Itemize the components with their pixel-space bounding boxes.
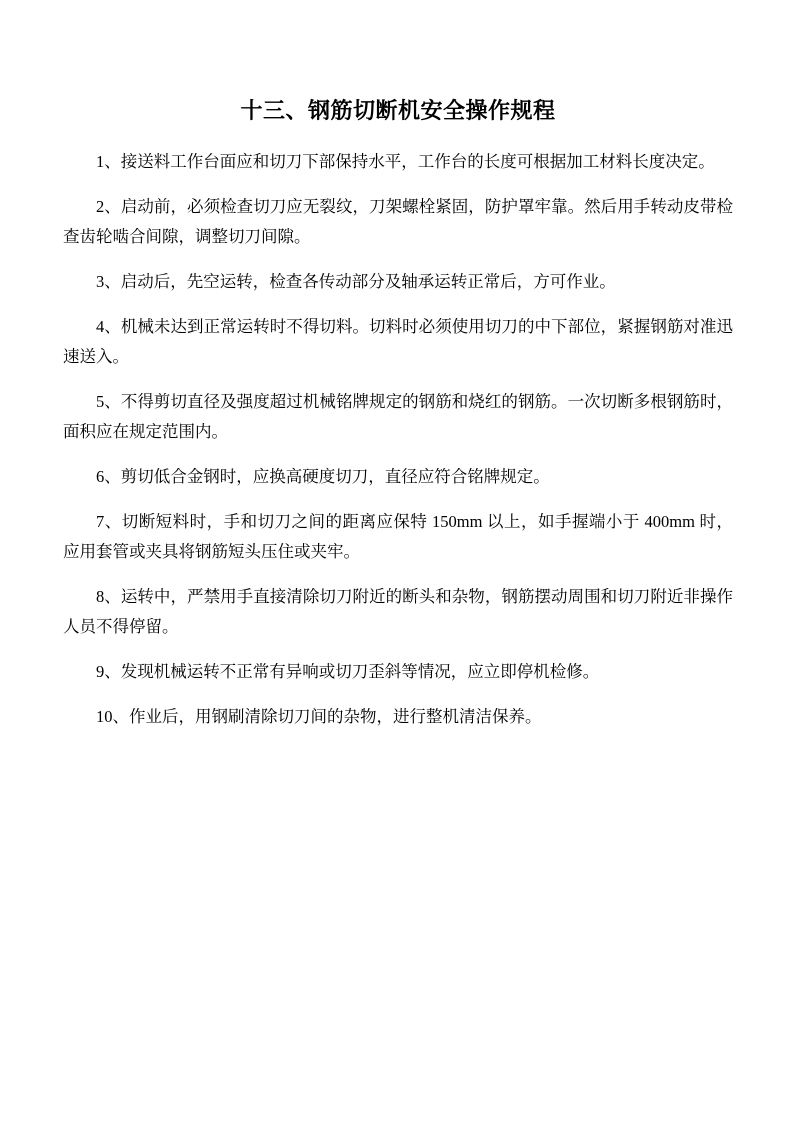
document-title: 十三、钢筋切断机安全操作规程 [63, 96, 733, 126]
rule-paragraph-2: 2、启动前，必须检查切刀应无裂纹，刀架螺栓紧固，防护罩牢靠。然后用手转动皮带检查… [63, 192, 733, 252]
rule-paragraph-10: 10、作业后，用钢刷清除切刀间的杂物，进行整机清洁保养。 [63, 702, 733, 732]
rule-paragraph-3: 3、启动后，先空运转，检查各传动部分及轴承运转正常后，方可作业。 [63, 267, 733, 297]
rule-paragraph-5: 5、不得剪切直径及强度超过机械铭牌规定的钢筋和烧红的钢筋。一次切断多根钢筋时，面… [63, 387, 733, 447]
rule-paragraph-4: 4、机械未达到正常运转时不得切料。切料时必须使用切刀的中下部位，紧握钢筋对准迅速… [63, 312, 733, 372]
rule-paragraph-9: 9、发现机械运转不正常有异响或切刀歪斜等情况，应立即停机检修。 [63, 657, 733, 687]
rule-paragraph-7: 7、切断短料时，手和切刀之间的距离应保特 150mm 以上，如手握端小于 400… [63, 507, 733, 567]
rule-paragraph-6: 6、剪切低合金钢时，应换高硬度切刀，直径应符合铭牌规定。 [63, 462, 733, 492]
rule-paragraph-8: 8、运转中，严禁用手直接清除切刀附近的断头和杂物，钢筋摆动周围和切刀附近非操作人… [63, 582, 733, 642]
document-page: 十三、钢筋切断机安全操作规程 1、接送料工作台面应和切刀下部保持水平，工作台的长… [0, 0, 793, 1122]
rule-paragraph-1: 1、接送料工作台面应和切刀下部保持水平，工作台的长度可根据加工材料长度决定。 [63, 147, 733, 177]
